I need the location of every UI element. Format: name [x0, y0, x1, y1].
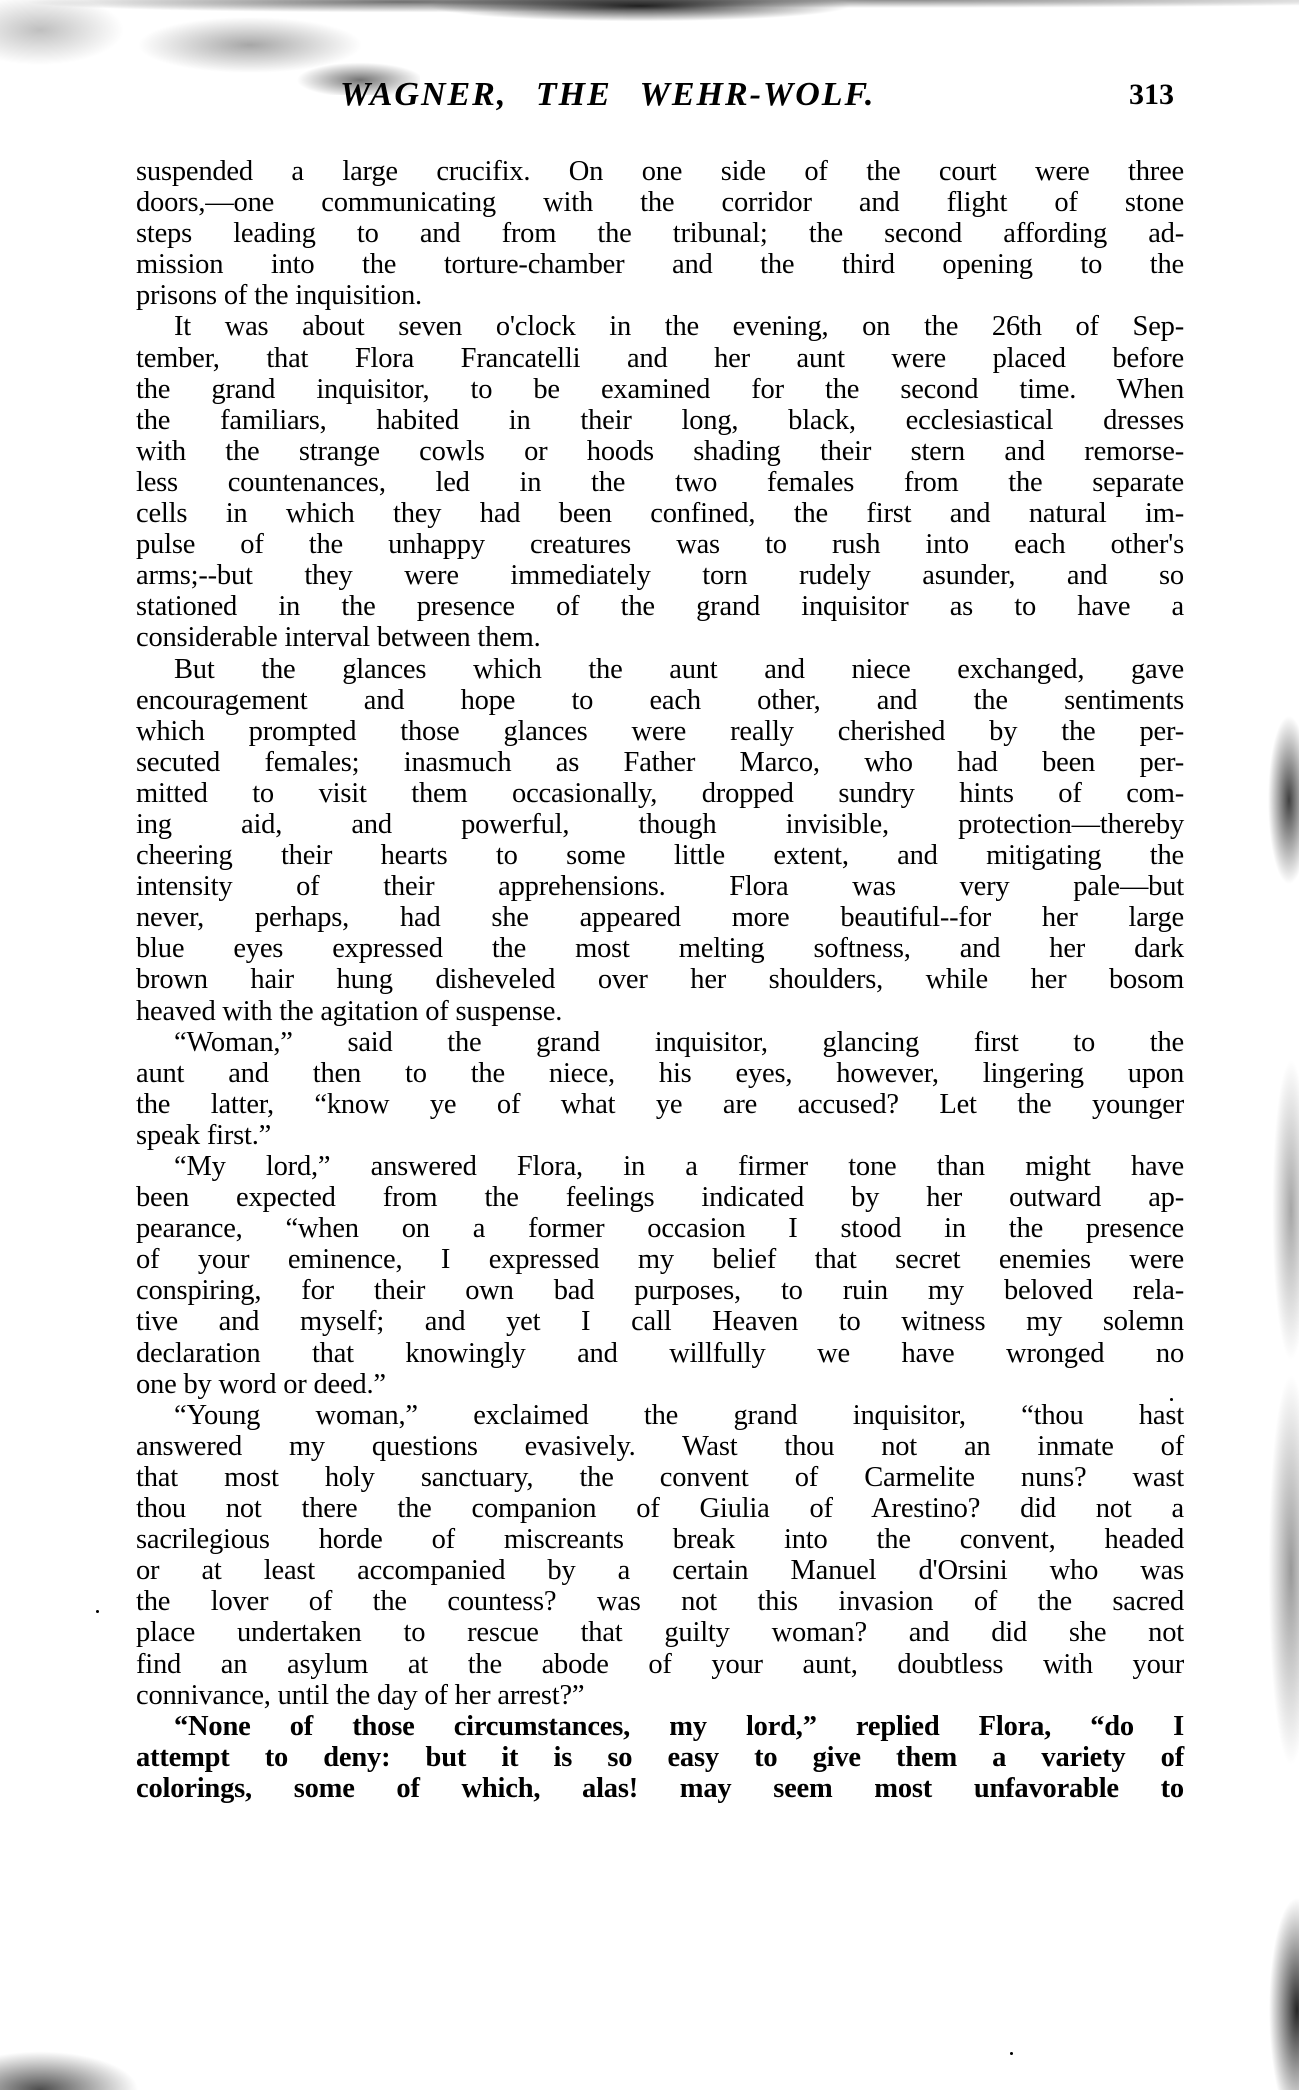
text-line: considerable interval between them. — [136, 622, 1184, 653]
paragraph: “Young woman,” exclaimed the grand inqui… — [136, 1400, 1184, 1711]
text-line: place undertaken to rescue that guilty w… — [136, 1617, 1184, 1648]
text-line: attempt to deny: but it is so easy to gi… — [136, 1742, 1184, 1773]
text-line: one by word or deed.” — [136, 1369, 1184, 1400]
text-line: answered my questions evasively. Wast th… — [136, 1431, 1184, 1462]
text-line: connivance, until the day of her arrest?… — [136, 1680, 1184, 1711]
text-line: the familiars, habited in their long, bl… — [136, 405, 1184, 436]
scan-smudge-bottom-left — [0, 2000, 220, 2090]
page-number: 313 — [1129, 78, 1174, 112]
text-line: pulse of the unhappy creatures was to ru… — [136, 529, 1184, 560]
text-line: never, perhaps, had she appeared more be… — [136, 902, 1184, 933]
text-line: cheering their hearts to some little ext… — [136, 840, 1184, 871]
text-line: intensity of their apprehensions. Flora … — [136, 871, 1184, 902]
text-line: conspiring, for their own bad purposes, … — [136, 1275, 1184, 1306]
text-line: prisons of the inquisition. — [136, 280, 1184, 311]
paragraph: It was about seven o'clock in the evenin… — [136, 311, 1184, 653]
text-line: colorings, some of which, alas! may seem… — [136, 1773, 1184, 1804]
text-line: find an asylum at the abode of your aunt… — [136, 1649, 1184, 1680]
text-line: sacrilegious horde of miscreants break i… — [136, 1524, 1184, 1555]
scan-speck — [96, 1610, 99, 1613]
text-line: pearance, “when on a former occasion I s… — [136, 1213, 1184, 1244]
text-line: speak first.” — [136, 1120, 1184, 1151]
text-line: encouragement and hope to each other, an… — [136, 685, 1184, 716]
text-line: cells in which they had been confined, t… — [136, 498, 1184, 529]
text-line: mission into the torture-chamber and the… — [136, 249, 1184, 280]
paragraph: suspended a large crucifix. On one side … — [136, 156, 1184, 311]
text-line: that most holy sanctuary, the convent of… — [136, 1462, 1184, 1493]
text-line: tive and myself; and yet I call Heaven t… — [136, 1306, 1184, 1337]
text-line: declaration that knowingly and willfully… — [136, 1338, 1184, 1369]
text-line: or at least accompanied by a certain Man… — [136, 1555, 1184, 1586]
scan-edge-shadow-top — [0, 0, 1299, 40]
text-line: the latter, “know ye of what ye are accu… — [136, 1089, 1184, 1120]
paragraph: But the glances which the aunt and niece… — [136, 654, 1184, 1027]
text-line: blue eyes expressed the most melting sof… — [136, 933, 1184, 964]
text-line: “My lord,” answered Flora, in a firmer t… — [136, 1151, 1184, 1182]
text-line: brown hair hung disheveled over her shou… — [136, 964, 1184, 995]
text-line: less countenances, led in the two female… — [136, 467, 1184, 498]
body-text: suspended a large crucifix. On one side … — [136, 156, 1184, 1804]
text-line: thou not there the companion of Giulia o… — [136, 1493, 1184, 1524]
text-line: It was about seven o'clock in the evenin… — [136, 311, 1184, 342]
running-header: WAGNER, THE WEHR-WOLF. 313 — [340, 76, 1180, 126]
text-line: “Woman,” said the grand inquisitor, glan… — [136, 1027, 1184, 1058]
scan-speck — [1010, 2052, 1013, 2055]
book-page: WAGNER, THE WEHR-WOLF. 313 suspended a l… — [0, 0, 1299, 2090]
text-line: of your eminence, I expressed my belief … — [136, 1244, 1184, 1275]
text-line: suspended a large crucifix. On one side … — [136, 156, 1184, 187]
paragraph: “None of those circumstances, my lord,” … — [136, 1711, 1184, 1804]
text-line: been expected from the feelings indicate… — [136, 1182, 1184, 1213]
text-line: the grand inquisitor, to be examined for… — [136, 374, 1184, 405]
text-line: “Young woman,” exclaimed the grand inqui… — [136, 1400, 1184, 1431]
text-line: secuted females; inasmuch as Father Marc… — [136, 747, 1184, 778]
text-line: the lover of the countess? was not this … — [136, 1586, 1184, 1617]
text-line: heaved with the agitation of suspense. — [136, 996, 1184, 1027]
text-line: ing aid, and powerful, though invisible,… — [136, 809, 1184, 840]
text-line: mitted to visit them occasionally, dropp… — [136, 778, 1184, 809]
text-line: which prompted those glances were really… — [136, 716, 1184, 747]
text-line: tember, that Flora Francatelli and her a… — [136, 343, 1184, 374]
text-line: arms;--but they were immediately torn ru… — [136, 560, 1184, 591]
scan-speck — [1170, 1398, 1173, 1401]
paragraph: “My lord,” answered Flora, in a firmer t… — [136, 1151, 1184, 1400]
text-line: aunt and then to the niece, his eyes, ho… — [136, 1058, 1184, 1089]
text-line: stationed in the presence of the grand i… — [136, 591, 1184, 622]
text-line: doors,—one communicating with the corrid… — [136, 187, 1184, 218]
text-line: “None of those circumstances, my lord,” … — [136, 1711, 1184, 1742]
scan-edge-shadow-right — [1229, 650, 1299, 2090]
text-line: But the glances which the aunt and niece… — [136, 654, 1184, 685]
text-line: with the strange cowls or hoods shading … — [136, 436, 1184, 467]
text-line: steps leading to and from the tribunal; … — [136, 218, 1184, 249]
running-title: WAGNER, THE WEHR-WOLF. — [340, 76, 875, 114]
paragraph: “Woman,” said the grand inquisitor, glan… — [136, 1027, 1184, 1151]
